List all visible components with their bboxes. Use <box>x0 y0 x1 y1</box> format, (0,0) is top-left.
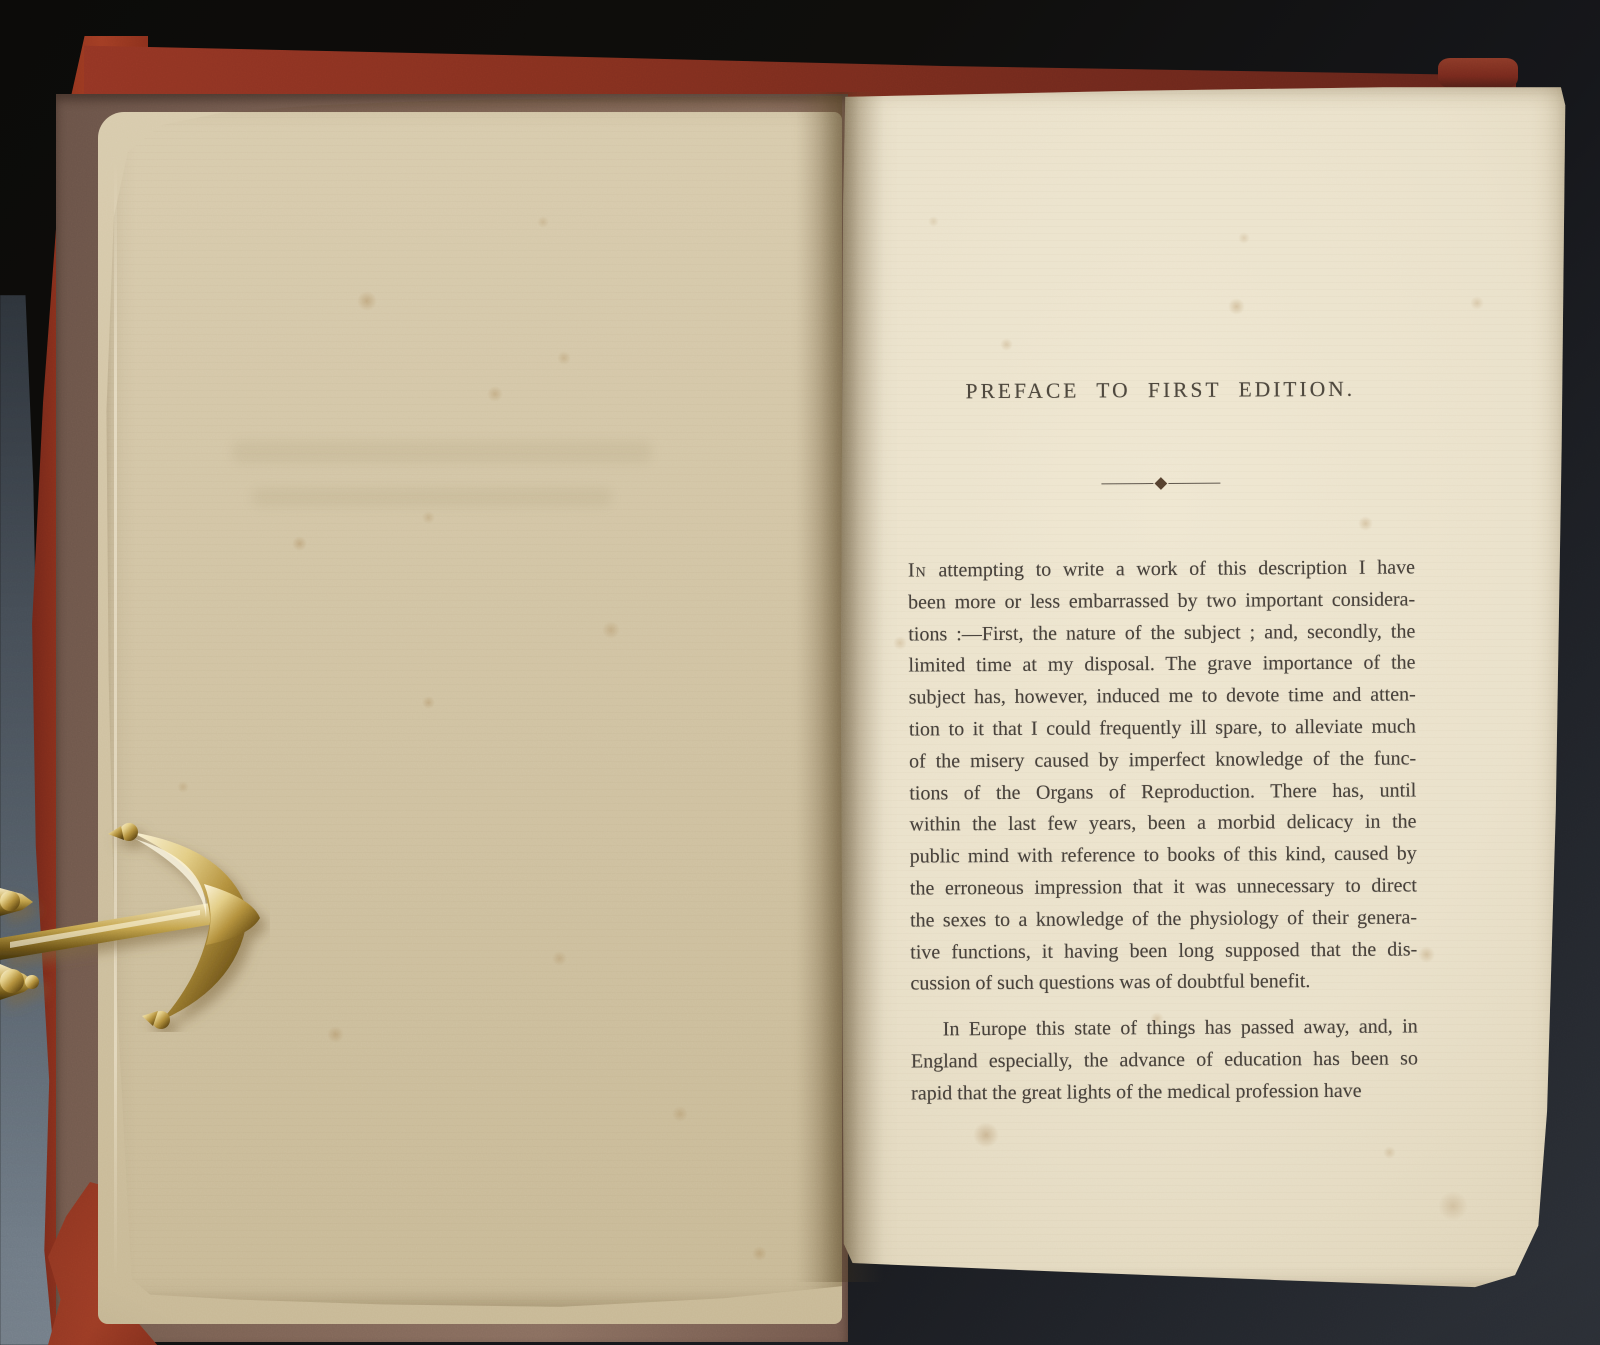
divider-diamond-icon <box>1155 477 1168 490</box>
divider-rule <box>1168 482 1220 484</box>
text-line: been more or less embarrassed by two imp… <box>908 584 1415 619</box>
text-line: the sexes to a knowledge of the physiolo… <box>910 902 1417 937</box>
brass-anchor-clip <box>0 782 270 1032</box>
foxing-spots-right <box>838 86 1566 1292</box>
photo-scene: PREFACE TO FIRST EDITION. In attempting … <box>0 0 1600 1345</box>
text-line: public mind with reference to books of t… <box>910 839 1417 874</box>
text-line: tions :—First, the nature of the subject… <box>908 616 1415 651</box>
anchor-icon <box>0 782 270 1032</box>
section-divider <box>907 477 1414 489</box>
text-line: within the last few years, been a morbid… <box>909 807 1416 842</box>
text-line: tive functions, it having been long supp… <box>910 934 1417 969</box>
text-line: tions of the Organs of Reproduction. The… <box>909 775 1416 810</box>
text-line: subject has, however, induced me to devo… <box>909 680 1416 715</box>
page-title: PREFACE TO FIRST EDITION. <box>907 376 1414 404</box>
text-line: the erroneous impression that it was unn… <box>910 870 1417 905</box>
text-line: limited time at my disposal. The grave i… <box>908 648 1415 683</box>
show-through-smudge <box>252 488 612 506</box>
show-through-smudge <box>232 441 652 463</box>
book-cover-top-corner-roll <box>1438 58 1518 88</box>
text-line: England especially, the advance of educa… <box>911 1043 1418 1078</box>
foxing-spots-left <box>102 96 842 1308</box>
page-edge-highlight <box>114 160 117 1280</box>
text-line-rest: attempting to write a work of this descr… <box>938 556 1415 581</box>
left-blank-page <box>102 96 842 1308</box>
text-line: In Europe this state of things has passe… <box>911 1012 1418 1047</box>
lead-word: In <box>908 559 927 581</box>
right-text-page: PREFACE TO FIRST EDITION. In attempting … <box>838 86 1566 1292</box>
text-line: tion to it that I could frequently ill s… <box>909 711 1416 746</box>
paragraph-1: In attempting to write a work of this de… <box>908 552 1418 1000</box>
paragraph-2: In Europe this state of things has passe… <box>911 1012 1419 1110</box>
preface-text-block: PREFACE TO FIRST EDITION. In attempting … <box>907 376 1418 1110</box>
text-line: of the misery caused by imperfect knowle… <box>909 743 1416 778</box>
text-line: cussion of such questions was of doubtfu… <box>910 966 1417 1001</box>
text-line: In attempting to write a work of this de… <box>908 552 1415 587</box>
text-line: rapid that the great lights of the medic… <box>911 1075 1418 1110</box>
divider-rule <box>1101 483 1153 485</box>
